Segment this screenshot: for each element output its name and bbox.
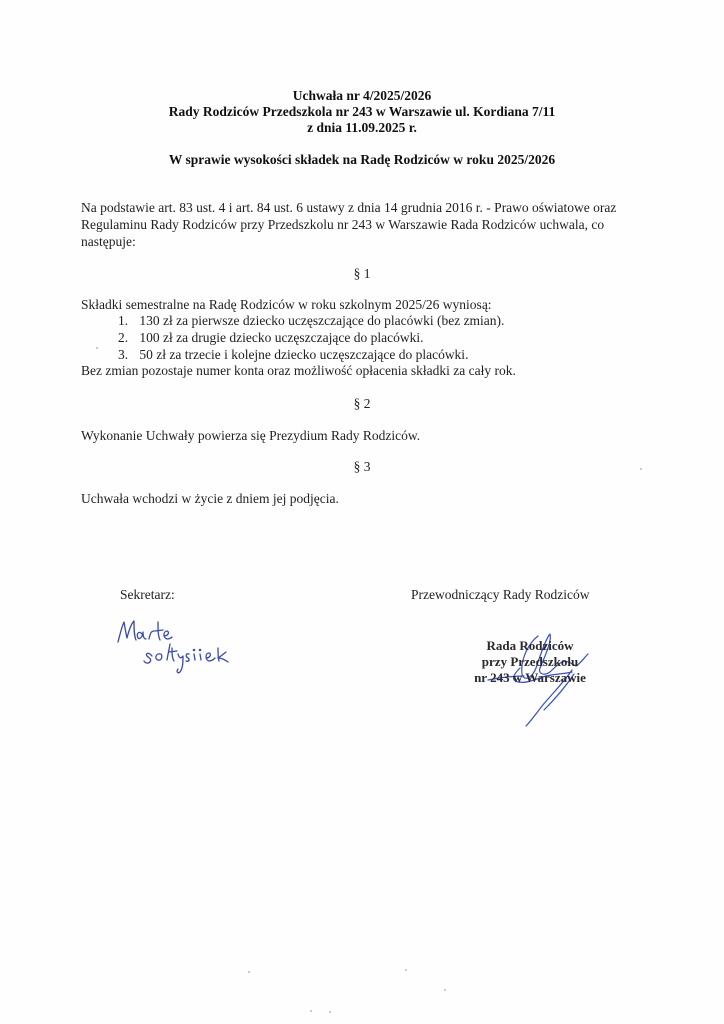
stamp-line: nr 243 w Warszawie <box>470 670 590 686</box>
secretary-signature <box>112 612 282 672</box>
chair-label: Przewodniczący Rady Rodziców <box>411 587 589 603</box>
section-1-intro: Składki semestralne na Radę Rodziców w r… <box>81 296 492 313</box>
council-stamp: Rada Rodziców przy Przedszkolu nr 243 w … <box>470 638 590 686</box>
scan-speck <box>444 989 446 991</box>
list-item: 1. 130 zł za pierwsze dziecko uczęszczaj… <box>118 312 504 329</box>
preamble-line: Regulaminu Rady Rodziców przy Przedszkol… <box>81 216 604 233</box>
list-item: 3. 50 zł za trzecie i kolejne dziecko uc… <box>118 346 468 363</box>
section-mark-3: § 3 <box>0 459 724 475</box>
section-2-text: Wykonanie Uchwały powierza się Prezydium… <box>81 427 420 444</box>
list-item-text: 100 zł za drugie dziecko uczęszczające d… <box>139 330 423 345</box>
scan-speck <box>96 347 98 349</box>
scan-speck <box>329 1011 331 1013</box>
document-page: Uchwała nr 4/2025/2026 Rady Rodziców Prz… <box>0 0 724 1024</box>
scan-speck <box>405 969 407 971</box>
list-item-number: 3. <box>118 346 136 363</box>
preamble-line: następuje: <box>81 233 136 250</box>
list-item-number: 1. <box>118 312 136 329</box>
section-3-text: Uchwała wchodzi w życie z dniem jej podj… <box>81 490 339 507</box>
stamp-line: przy Przedszkolu <box>470 654 590 670</box>
list-item-text: 50 zł za trzecie i kolejne dziecko uczęs… <box>139 347 468 362</box>
preamble-line: Na podstawie art. 83 ust. 4 i art. 84 us… <box>81 199 616 216</box>
list-item-number: 2. <box>118 329 136 346</box>
list-item-text: 130 zł za pierwsze dziecko uczęszczające… <box>139 313 504 328</box>
scan-speck <box>310 1010 312 1012</box>
secretary-label: Sekretarz: <box>120 587 175 603</box>
resolution-date: z dnia 11.09.2025 r. <box>0 120 724 136</box>
resolution-subject: W sprawie wysokości składek na Radę Rodz… <box>0 152 724 168</box>
scan-speck <box>248 971 250 973</box>
resolution-issuer: Rady Rodziców Przedszkola nr 243 w Warsz… <box>0 104 724 120</box>
section-mark-2: § 2 <box>0 396 724 412</box>
section-mark-1: § 1 <box>0 266 724 282</box>
stamp-line: Rada Rodziców <box>470 638 590 654</box>
scan-speck <box>640 468 642 470</box>
section-1-outro: Bez zmian pozostaje numer konta oraz moż… <box>81 362 516 379</box>
resolution-title: Uchwała nr 4/2025/2026 <box>0 88 724 104</box>
list-item: 2. 100 zł za drugie dziecko uczęszczając… <box>118 329 423 346</box>
